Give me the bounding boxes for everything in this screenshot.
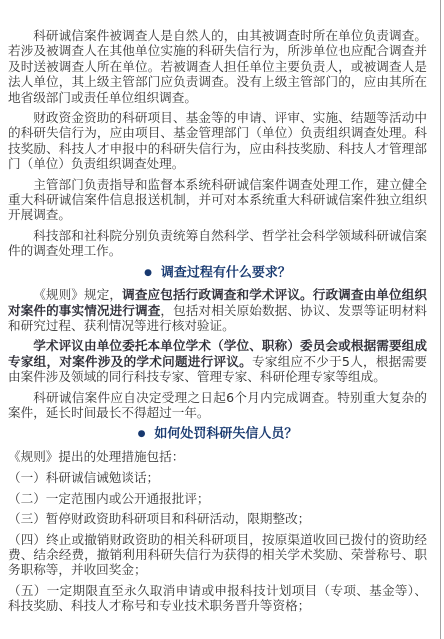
bullet-icon: ●: [144, 268, 152, 278]
section-heading-label: 调查过程有什么要求？: [161, 265, 291, 280]
paragraph-investigating-unit: 科研诚信案件被调查人是自然人的，由其被调查时所在单位负责调查。若涉及被调查人在其…: [8, 28, 427, 105]
measure-item-3: （三）暂停财政资助科研项目和科研活动，限期整改；: [8, 511, 427, 526]
measures-intro: 《规则》提出的处理措施包括：: [8, 449, 427, 464]
section-heading-investigation-requirements: ●调查过程有什么要求？: [8, 265, 427, 282]
article-page: 科研诚信案件被调查人是自然人的，由其被调查时所在单位负责调查。若涉及被调查人在其…: [0, 0, 444, 639]
measure-item-5: （五）一定期限直至永久取消申请或申报科技计划项目（专项、基金等）、科技奖励、科技…: [8, 583, 427, 614]
measure-item-1: （一）科研诚信诫勉谈话；: [8, 470, 427, 485]
section-heading-punishment: ●如何处罚科研失信人员？: [8, 426, 427, 443]
section-heading-label: 如何处罚科研失信人员？: [154, 427, 297, 442]
measure-item-4: （四）终止或撤销财政资助的相关科研项目，按原渠道收回已拨付的资助经费、结余经费，…: [8, 532, 427, 578]
paragraph-time-limit: 科研诚信案件应自决定受理之日起6个月内完成调查。特别重大复杂的案件，延长时间最长…: [8, 390, 427, 421]
paragraph-funded-projects: 财政资金资助的科研项目、基金等的申请、评审、实施、结题等活动中的科研失信行为，应…: [8, 110, 427, 172]
paragraph-supervising-department: 主管部门负责指导和监督本系统科研诚信案件调查处理工作，建立健全重大科研诚信案件信…: [8, 177, 427, 223]
paragraph-most-cass: 科技部和社科院分别负责统筹自然科学、哲学社会科学领域科研诚信案件的调查处理工作。: [8, 228, 427, 259]
article-content: 科研诚信案件被调查人是自然人的，由其被调查时所在单位负责调查。若涉及被调查人在其…: [8, 28, 427, 619]
paragraph-administrative-investigation: 《规则》规定，调查应包括行政调查和学术评议。行政调查由单位组织对案件的事实情况进…: [8, 287, 427, 333]
text-run-regular: 《规则》规定，: [33, 287, 122, 302]
paragraph-academic-review: 学术评议由单位委托本单位学术（学位、职称）委员会或根据需要组成专家组，对案件涉及…: [8, 338, 427, 384]
measure-item-2: （二）一定范围内或公开通报批评；: [8, 491, 427, 506]
bullet-icon: ●: [138, 429, 146, 439]
page-right-border: [440, 0, 441, 639]
